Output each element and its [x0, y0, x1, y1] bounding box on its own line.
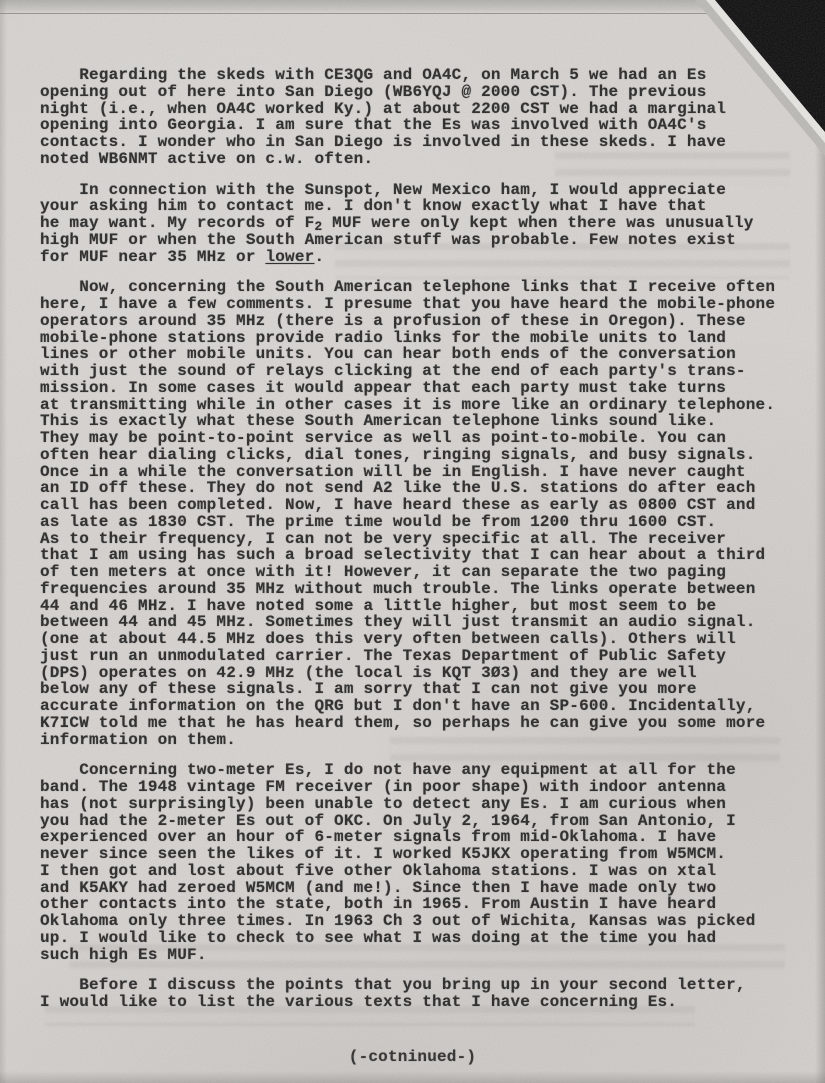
letter-line: and K5AKY had zeroed W5MCM (and me!). Si… [40, 880, 775, 897]
letter-line: As to their frequency, I can not be very… [40, 531, 775, 548]
letter-line: your asking him to contact me. I don't k… [40, 198, 775, 215]
letter-line: contacts. I wonder who in San Diego is i… [40, 134, 775, 151]
letter-line: with just the sound of relays clicking a… [40, 363, 775, 380]
paragraph-3: Now, concerning the South American telep… [40, 279, 775, 748]
letter-line: information on them. [40, 732, 775, 749]
letter-line: that I am using has such a broad selecti… [40, 547, 775, 564]
letter-line: other contacts into the state, both in 1… [40, 896, 775, 913]
letter-line: just run an unmodulated carrier. The Tex… [40, 648, 775, 665]
letter-line: K7ICW told me that he has heard them, so… [40, 715, 775, 732]
letter-line: Concerning two-meter Es, I do not have a… [40, 762, 775, 779]
letter-line: They may be point-to-point service as we… [40, 430, 775, 447]
letter-line: call has been completed. Now, I have hea… [40, 497, 775, 514]
letter-line: he may want. My records of F2 MUF were o… [40, 215, 775, 232]
letter-line: here, I have a few comments. I presume t… [40, 296, 775, 313]
letter-line: of ten meters at once with it! However, … [40, 564, 775, 581]
letter-line: opening out of here into San Diego (WB6Y… [40, 84, 775, 101]
paper-bottom-edge-shading [0, 1071, 825, 1083]
letter-line: (one at about 44.5 MHz does this very of… [40, 631, 775, 648]
letter-line: This is exactly what these South America… [40, 413, 775, 430]
letter-line: often hear dialing clicks, dial tones, r… [40, 447, 775, 464]
letter-line: high MUF or when the South American stuf… [40, 232, 775, 249]
letter-line: mobile-phone stations provide radio link… [40, 330, 775, 347]
letter-line: Once in a while the conversation will be… [40, 464, 775, 481]
letter-line: has (not surprisingly) been unable to de… [40, 796, 775, 813]
letter-line: experienced over an hour of 6-meter sign… [40, 829, 775, 846]
letter-line: opening into Georgia. I am sure that the… [40, 117, 775, 134]
paragraph-1: Regarding the skeds with CE3QG and OA4C,… [40, 67, 775, 168]
letter-line: lines or other mobile units. You can hea… [40, 346, 775, 363]
paragraph-4: Concerning two-meter Es, I do not have a… [40, 762, 775, 963]
letter-line: never since seen the likes of it. I work… [40, 846, 775, 863]
scanned-letter-page: Regarding the skeds with CE3QG and OA4C,… [0, 0, 825, 1083]
letter-line: such high Es MUF. [40, 947, 775, 964]
letter-line: frequencies around 35 MHz without much t… [40, 581, 775, 598]
letter-line: In connection with the Sunspot, New Mexi… [40, 182, 775, 199]
letter-line: between 44 and 45 MHz. Sometimes they wi… [40, 614, 775, 631]
paragraph-2: In connection with the Sunspot, New Mexi… [40, 182, 775, 266]
letter-line: as late as 1830 CST. The prime time woul… [40, 514, 775, 531]
continued-footer: (-cotninued-) [0, 1048, 825, 1066]
letter-line: at transmitting while in other cases it … [40, 397, 775, 414]
letter-line: an ID off these. They do not send A2 lik… [40, 480, 775, 497]
paper-left-edge-shading [0, 0, 7, 1083]
letter-line: for MUF near 35 MHz or lower. [40, 249, 775, 266]
letter-line: operators around 35 MHz (there is a prof… [40, 313, 775, 330]
letter-line: below any of these signals. I am sorry t… [40, 681, 775, 698]
letter-line: Regarding the skeds with CE3QG and OA4C,… [40, 67, 775, 84]
letter-line: night (i.e., when OA4C worked Ky.) at ab… [40, 101, 775, 118]
letter-line: I would like to list the various texts t… [40, 994, 775, 1011]
letter-line: 44 and 46 MHz. I have noted some a littl… [40, 598, 775, 615]
paragraph-5: Before I discuss the points that you bri… [40, 977, 775, 1011]
letter-line: noted WB6NMT active on c.w. often. [40, 151, 775, 168]
letter-line: Before I discuss the points that you bri… [40, 977, 775, 994]
letter-line: Now, concerning the South American telep… [40, 279, 775, 296]
paper-right-edge-shading [815, 0, 825, 1083]
letter-line: mission. In some cases it would appear t… [40, 380, 775, 397]
letter-line: accurate information on the QRG but I do… [40, 698, 775, 715]
letter-body: Regarding the skeds with CE3QG and OA4C,… [40, 67, 775, 1025]
letter-line: band. The 1948 vintage FM receiver (in p… [40, 779, 775, 796]
letter-line: up. I would like to check to see what I … [40, 930, 775, 947]
letter-line: I then got and lost about five other Okl… [40, 863, 775, 880]
letter-line: (DPS) operates on 42.9 MHz (the local is… [40, 665, 775, 682]
letter-line: Oklahoma only three times. In 1963 Ch 3 … [40, 913, 775, 930]
letter-line: you had the 2-meter Es out of OKC. On Ju… [40, 813, 775, 830]
